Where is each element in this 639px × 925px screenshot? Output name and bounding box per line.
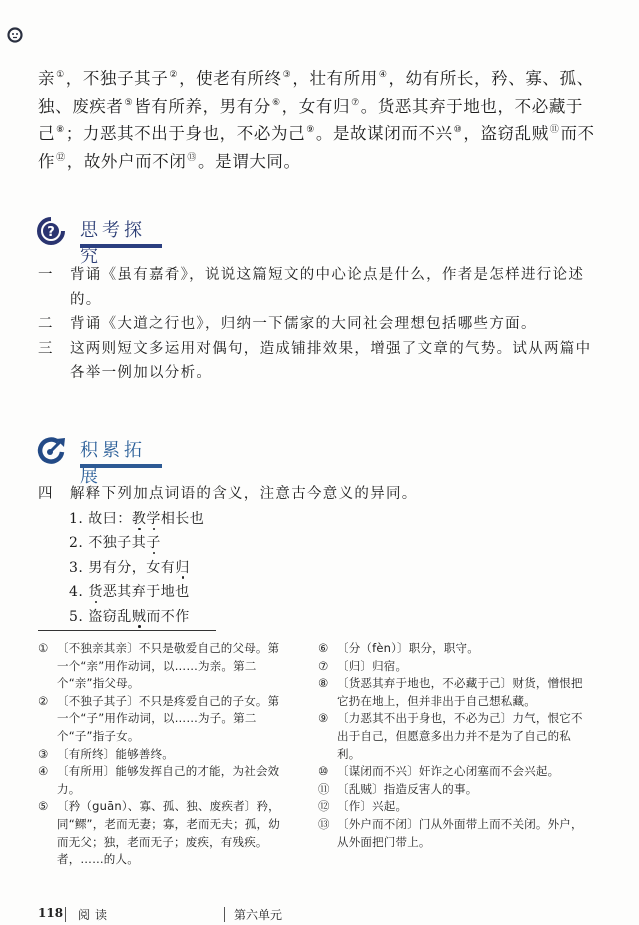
footnote-marker: ⑧ [56,125,65,135]
footnote-number: ② [38,693,49,711]
footnote: ⑫〔作〕兴起。 [318,798,583,816]
footnote-marker: ⑦ [351,98,360,108]
question-item: 四 解释下列加点词语的含义，注意古今意义的异同。 [38,482,598,507]
passage-text-segment: ，使老有所终 [179,69,282,88]
passage-text-segment: 亲 [38,69,55,88]
passage-text-segment: ，故外户而不闭 [67,152,187,171]
passage-line: 作⑫，故外户而不闭⑬。是谓大同。 [38,145,578,173]
vocab-text: 相长也 [161,511,205,527]
vocab-item: 5. 盗窃乱贼而不作 [69,605,204,629]
passage-text-segment: ，盗窃乱贼 [463,124,549,143]
passage-text-segment: ；力恶其不出于身也，不必为己 [66,124,305,143]
footnote-number: ⑫ [318,798,330,816]
question-text: 背诵《虽有嘉肴》，说说这篇短文的中心论点是什么，作者是怎样进行论述的。 [70,267,584,308]
footnote-number: ⑦ [318,658,329,676]
vocab-label: 1. 故曰： [69,511,132,527]
footnotes-right: ⑥〔分（fèn）〕职分，职守。⑦〔归〕归宿。⑧〔货恶其弃于地也，不必藏于己〕财货… [318,640,583,851]
footnote-marker: ⑤ [125,98,134,108]
think-questions: 一背诵《虽有嘉肴》，说说这篇短文的中心论点是什么，作者是怎样进行论述的。二背诵《… [38,263,598,386]
footnote-marker: ⑩ [454,125,463,135]
footnote-text: 〔外户而不闭〕门从外面带上而不关闭。外户，从外面把门带上。 [337,817,583,849]
vocab-item: 2. 不独子其子 [69,531,204,555]
title-underline [80,244,162,248]
section-title: 思考探究 [80,216,166,268]
question-item: 二背诵《大道之行也》，归纳一下儒家的大同社会理想包括哪些方面。 [38,312,598,337]
footnote-number: ⑥ [318,640,329,658]
passage-text-segment: 。货恶其弃于地也，不必藏于 [361,97,583,116]
passage-text-segment: 。是谓大同。 [198,152,301,171]
footnote: ⑥〔分（fèn）〕职分，职守。 [318,640,583,658]
footnote-text: 〔归〕归宿。 [337,659,407,673]
vocab-items: 1. 故曰：教学相长也2. 不独子其子3. 男有分，女有归4. 货恶其弃于地也5… [69,507,204,629]
vocab-label: 5. [69,609,88,625]
footnote: ⑬〔外户而不闭〕门从外面带上而不关闭。外户，从外面把门带上。 [318,816,583,851]
dotted-word: 归 [175,560,190,576]
section-label: 阅读 [78,906,112,923]
question-number: 四 [38,482,60,507]
refresh-arrow-icon [36,436,66,466]
face-icon [7,27,23,43]
page-number: 118 [38,906,63,920]
footnote: ⑪〔乱贼〕指造反害人的事。 [318,781,583,799]
passage-line: 亲①，不独子其子②，使老有所终③，壮有所用④，幼有所长，矜、寡、孤、 [38,62,578,90]
footnote: ⑨〔力恶其不出于身也，不必为己〕力气，恨它不出于自己，但愿意多出力并不是为了自己… [318,710,583,763]
section-header-think: ? 思考探究 [36,214,166,254]
footnote-marker: ⑥ [272,98,281,108]
footnote: ⑦〔归〕归宿。 [318,658,583,676]
passage-text-segment: ，不独子其子 [66,69,169,88]
footnote-marker: ① [56,70,65,80]
footnote-text: 〔有所用〕能够发挥自己的才能，为社会效力。 [57,764,279,796]
footnote-number: ① [38,640,49,658]
footnote: ①〔不独亲其亲〕不只是敬爱自己的父母。第一个“亲”用作动词，以……为亲。第二个“… [38,640,288,693]
footnote-number: ⑬ [318,816,330,834]
footnote-text: 〔矜（guān）、寡、孤、独、废疾者〕矜，同“鳏”，老而无妻；寡，老而无夫；孤，… [57,799,280,866]
footnote-number: ⑤ [38,798,49,816]
footnote-marker: ⑪ [550,125,560,135]
vocab-text: 男有分，女有 [88,560,175,576]
divider [224,907,225,922]
footnote-text: 〔力恶其不出于身也，不必为己〕力气，恨它不出于自己，但愿意多出力并不是为了自己的… [337,711,583,760]
question-number: 二 [38,312,60,337]
dotted-word: 货 [88,584,103,600]
footnote-number: ④ [38,763,49,781]
footnote-marker: ⑬ [187,153,197,163]
passage-line: 独、废疾者⑤皆有所养，男有分⑥，女有归⑦。货恶其弃于地也，不必藏于 [38,90,578,118]
footnote-marker: ⑫ [56,153,66,163]
vocab-item: 3. 男有分，女有归 [69,556,204,580]
footnote-number: ⑪ [318,781,330,799]
passage-line: 己⑧；力恶其不出于身也，不必为己⑨。是故谋闭而不兴⑩，盗窃乱贼⑪而不 [38,117,578,145]
question-text: 背诵《大道之行也》，归纳一下儒家的大同社会理想包括哪些方面。 [70,316,537,332]
vocab-text: 盗窃乱 [88,609,132,625]
divider [65,907,66,922]
vocab-text: 而不作 [146,609,190,625]
footnote-text: 〔乱贼〕指造反害人的事。 [337,782,477,796]
footnote-marker: ② [169,70,178,80]
footnote-text: 〔货恶其弃于地也，不必藏于己〕财货，憎恨把它扔在地上，但并非出于自己想私藏。 [337,676,583,708]
footnote: ⑩〔谋闭而不兴〕奸诈之心闭塞而不会兴起。 [318,763,583,781]
section-header-extend: 积累拓展 [36,434,166,474]
question-text: 这两则短文多运用对偶句，造成铺排效果，增强了文章的气势。试从两篇中各举一例加以分… [70,341,591,382]
footnote-rule [38,630,216,631]
dotted-word: 子 [146,535,161,551]
question-text: 解释下列加点词语的含义，注意古今意义的异同。 [70,486,418,502]
footnote-marker: ④ [379,70,388,80]
section-title: 积累拓展 [80,436,166,488]
footnote-text: 〔分（fèn）〕职分，职守。 [337,641,479,655]
vocab-text: 恶其弃于地也 [103,584,190,600]
footnote-marker: ⑨ [306,125,315,135]
dotted-word: 学 [146,511,161,527]
passage-text: 亲①，不独子其子②，使老有所终③，壮有所用④，幼有所长，矜、寡、孤、独、废疾者⑤… [38,62,578,172]
passage-text-segment: 。是故谋闭而不兴 [316,124,453,143]
footnote: ③〔有所终〕能够善终。 [38,746,288,764]
footnote: ⑤〔矜（guān）、寡、孤、独、废疾者〕矜，同“鳏”，老而无妻；寡，老而无夫；孤… [38,798,288,868]
footnote-number: ⑩ [318,763,329,781]
footnote: ④〔有所用〕能够发挥自己的才能，为社会效力。 [38,763,288,798]
footnote-marker: ③ [283,70,292,80]
vocab-label: 4. [69,584,88,600]
footnote-number: ③ [38,746,49,764]
extend-question: 四 解释下列加点词语的含义，注意古今意义的异同。 [38,482,598,507]
footnote-text: 〔不独子其子〕不只是疼爱自己的子女。第一个“子”用作动词，以……为子。第二个“子… [57,694,279,743]
question-item: 一背诵《虽有嘉肴》，说说这篇短文的中心论点是什么，作者是怎样进行论述的。 [38,263,598,312]
page-footer: 118 阅读 第六单元 [38,906,598,924]
title-underline [80,464,162,468]
footnote-text: 〔谋闭而不兴〕奸诈之心闭塞而不会兴起。 [337,764,559,778]
question-number: 三 [38,337,60,362]
footnote-text: 〔不独亲其亲〕不只是敬爱自己的父母。第一个“亲”用作动词，以……为亲。第二个“亲… [57,641,279,690]
footnote-text: 〔作〕兴起。 [337,799,407,813]
passage-text-segment: 作 [38,152,55,171]
footnote-number: ⑨ [318,710,329,728]
unit-label: 第六单元 [234,906,282,923]
question-number: 一 [38,263,60,288]
question-icon: ? [36,216,66,246]
passage-text-segment: 己 [38,124,55,143]
footnote-text: 〔有所终〕能够善终。 [57,747,174,761]
footnote-number: ⑧ [318,675,329,693]
passage-text-segment: ，幼有所长，矜、寡、孤、 [389,69,594,88]
vocab-item: 4. 货恶其弃于地也 [69,580,204,604]
vocab-item: 1. 故曰：教学相长也 [69,507,204,531]
passage-text-segment: 皆有所养，男有分 [134,97,271,116]
passage-text-segment: 而不 [560,124,594,143]
passage-text-segment: 独、废疾者 [38,97,124,116]
footnote: ②〔不独子其子〕不只是疼爱自己的子女。第一个“子”用作动词，以……为子。第二个“… [38,693,288,746]
svg-text:?: ? [47,225,55,240]
passage-text-segment: ，壮有所用 [292,69,378,88]
dotted-word: 教 [132,511,147,527]
vocab-text: 不独子其 [88,535,146,551]
dotted-word: 贼 [132,609,147,625]
footnote: ⑧〔货恶其弃于地也，不必藏于己〕财货，憎恨把它扔在地上，但并非出于自己想私藏。 [318,675,583,710]
question-item: 三这两则短文多运用对偶句，造成铺排效果，增强了文章的气势。试从两篇中各举一例加以… [38,337,598,386]
footnotes-left: ①〔不独亲其亲〕不只是敬爱自己的父母。第一个“亲”用作动词，以……为亲。第二个“… [38,640,288,869]
vocab-label: 3. [69,560,88,576]
vocab-label: 2. [69,535,88,551]
passage-text-segment: ，女有归 [282,97,350,116]
